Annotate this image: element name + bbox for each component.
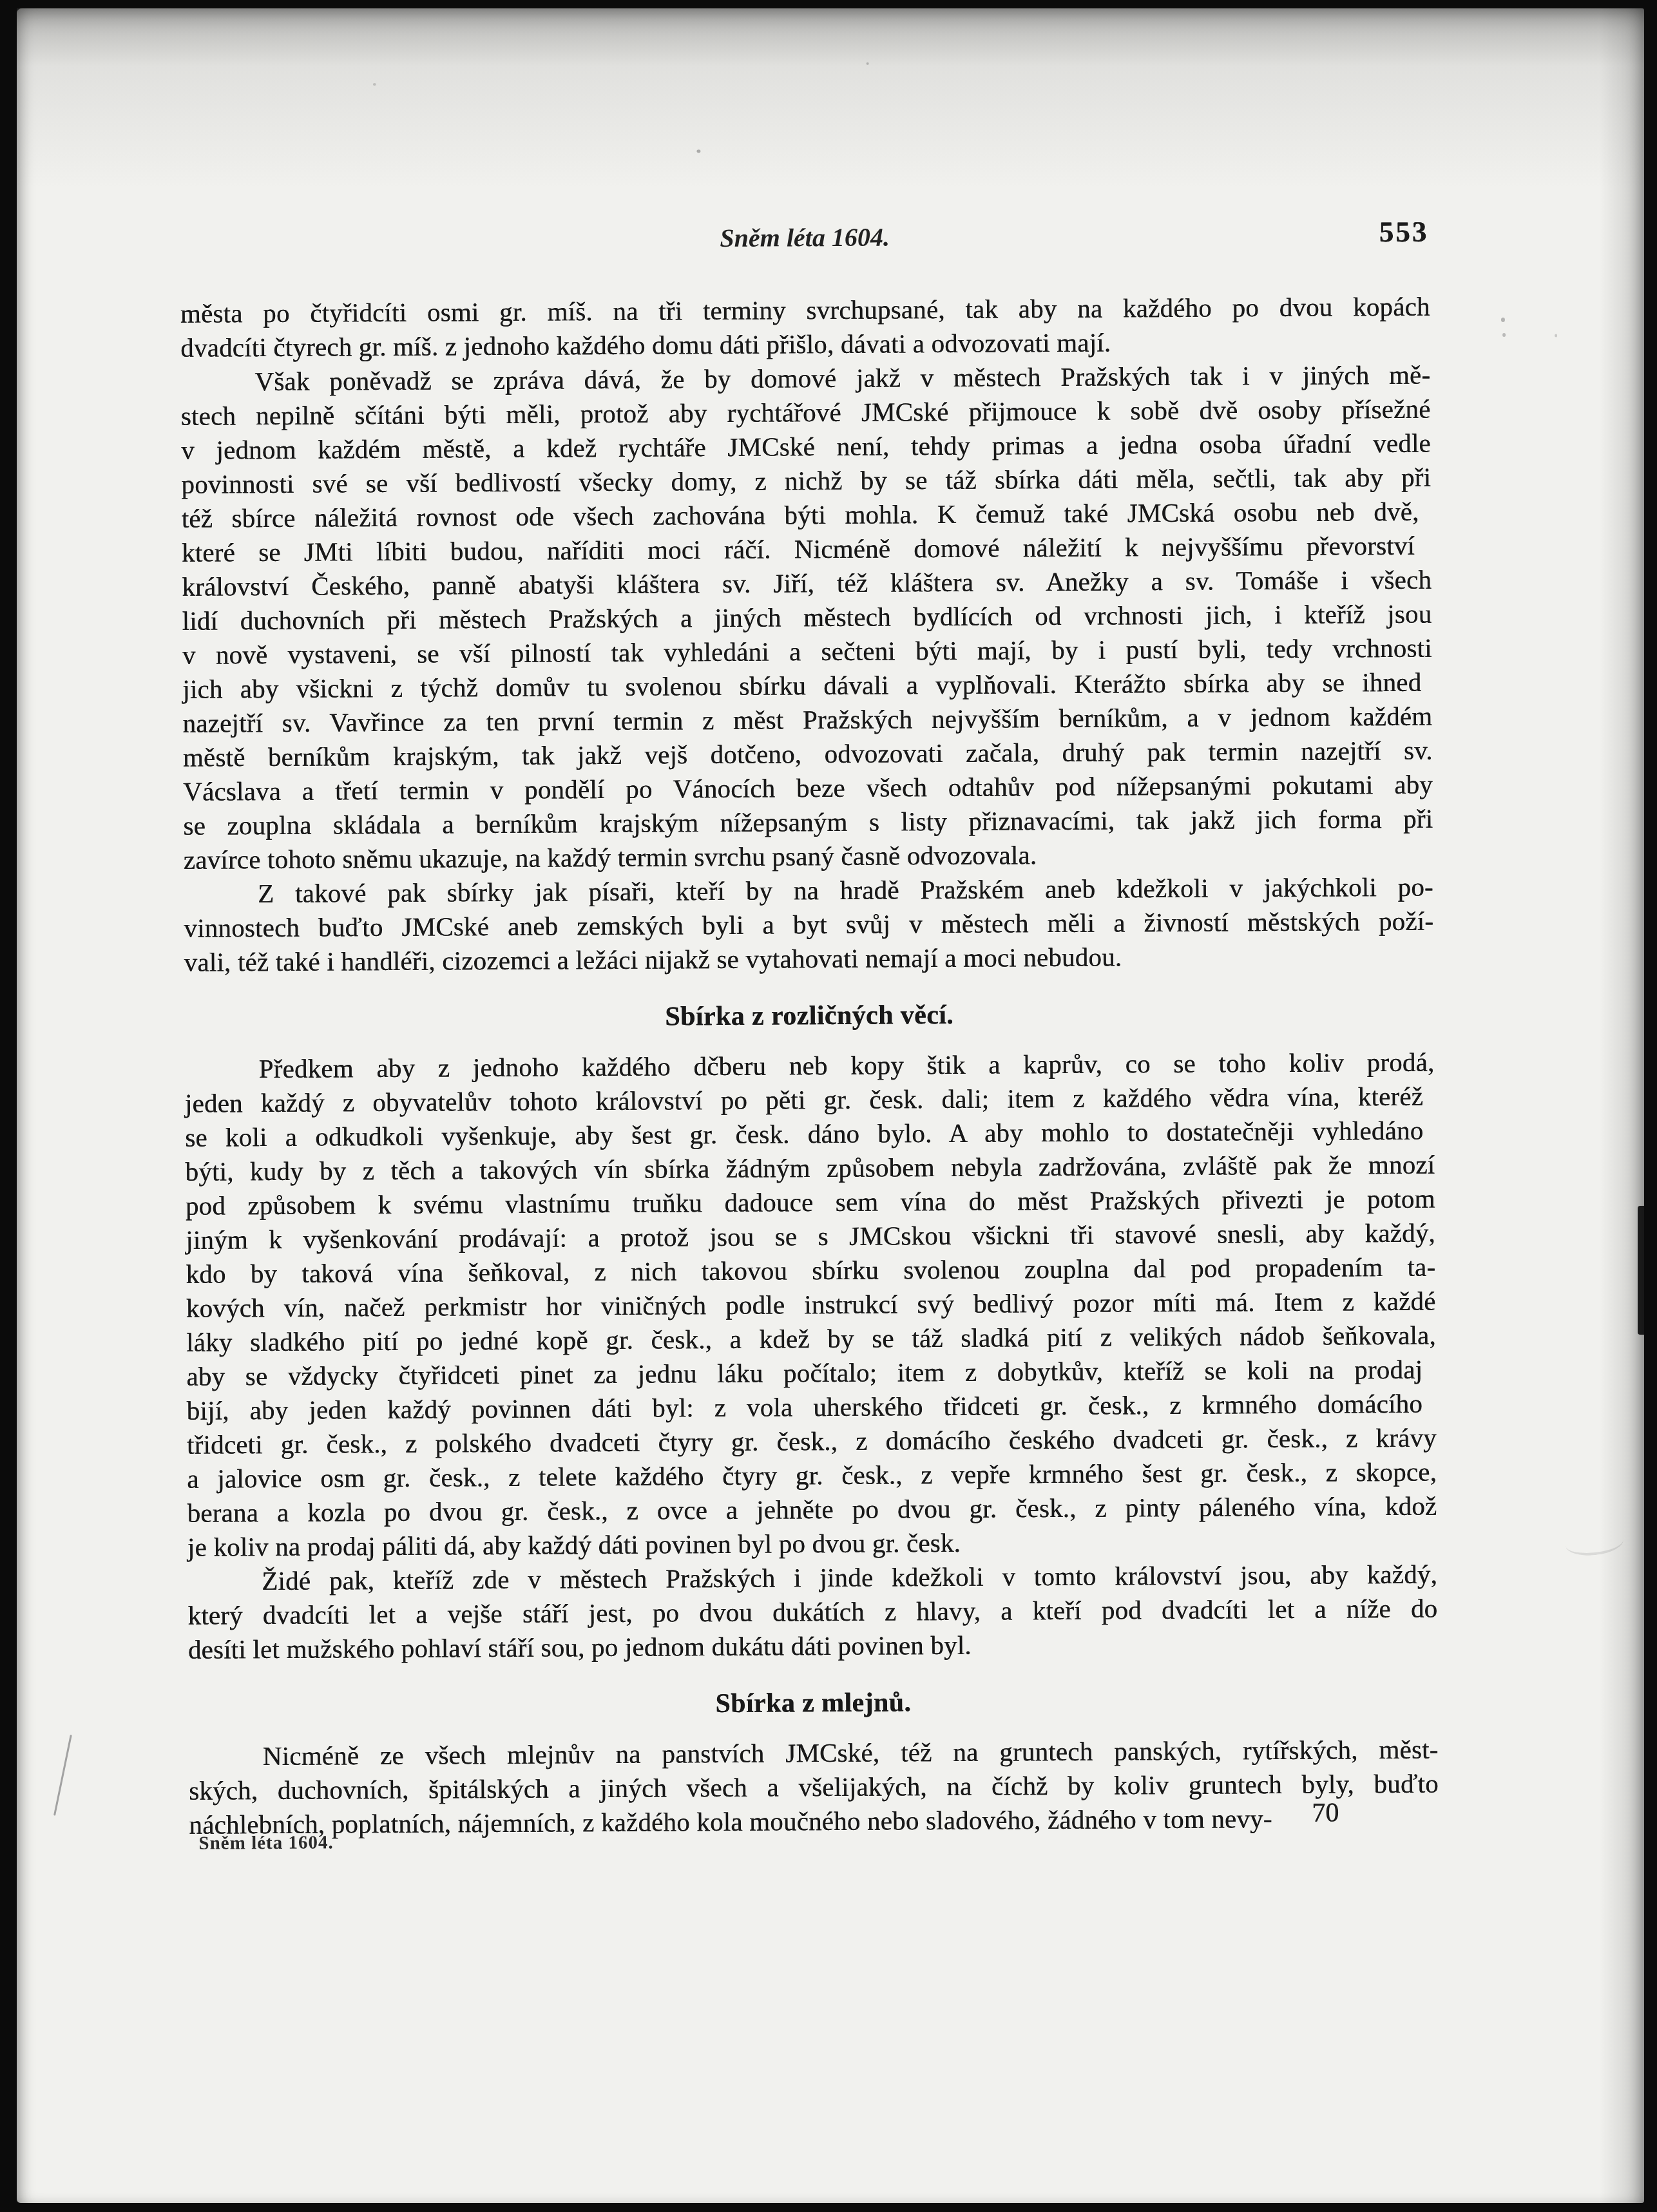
footer-signature-title: Sněm léta 1604. [198, 1832, 333, 1854]
running-head-title: Sněm léta 1604. [180, 218, 1430, 258]
page-number: 553 [1379, 215, 1429, 249]
sheet-signature-number: 70 [1312, 1797, 1339, 1828]
page-content: Sněm léta 1604. 553 města po čtyřidcíti … [12, 4, 1652, 2207]
text-line: berana a kozla po dvou gr. česk., z ovce… [187, 1489, 1437, 1530]
scan-artifact-speck [373, 83, 376, 86]
scan-artifact-pen-stroke [53, 1735, 72, 1816]
paragraph: Předkem aby z jednoho každého dčberu neb… [184, 1045, 1437, 1565]
scanned-page: Sněm léta 1604. 553 města po čtyřidcíti … [17, 8, 1644, 2203]
running-head: Sněm léta 1604. 553 [180, 218, 1430, 263]
text-line: náchlebních, poplatních, nájemních, z ka… [189, 1801, 1439, 1842]
scan-artifact-speck [696, 149, 700, 153]
scan-artifact-smudge [1564, 1527, 1625, 1558]
paragraph: města po čtyřidcíti osmi gr. míš. na tři… [180, 290, 1431, 365]
paragraph: Židé pak, kteříž zde v městech Pražských… [187, 1558, 1438, 1667]
text-line: vinnostech buďto JMCské aneb zemských by… [184, 904, 1433, 946]
scan-artifact-border-nick [1638, 1206, 1645, 1335]
section-heading: Sbírka z mlejnů. [188, 1683, 1438, 1724]
scan-artifact-speck [867, 62, 869, 65]
text-line: se zouplna skládala a berníkům krajským … [183, 802, 1433, 843]
text-block: města po čtyřidcíti osmi gr. míš. na tři… [180, 290, 1439, 1842]
paragraph: Z takové pak sbírky jak písaři, kteří by… [184, 870, 1434, 980]
text-line: vali, též také i handléři, cizozemci a l… [184, 939, 1434, 980]
scan-artifact-speck [1501, 318, 1505, 322]
scan-artifact-speck [1502, 333, 1506, 337]
scan-artifact-speck [1555, 334, 1557, 337]
text-line: města po čtyřidcíti osmi gr. míš. na tři… [180, 290, 1430, 331]
text-line: který dvadcíti let a vejše stáří jest, p… [187, 1592, 1437, 1633]
section-heading: Sbírka z rozličných věcí. [184, 996, 1434, 1037]
paragraph: Nicméně ze všech mlejnův na panstvích JM… [189, 1733, 1439, 1842]
paragraph: Však poněvadž se zpráva dává, že by domo… [180, 358, 1433, 877]
scanned-book-spread: { "page": { "header": { "running_title":… [0, 0, 1657, 2212]
text-line: desíti let mužského pohlaví stáří sou, p… [188, 1626, 1438, 1667]
